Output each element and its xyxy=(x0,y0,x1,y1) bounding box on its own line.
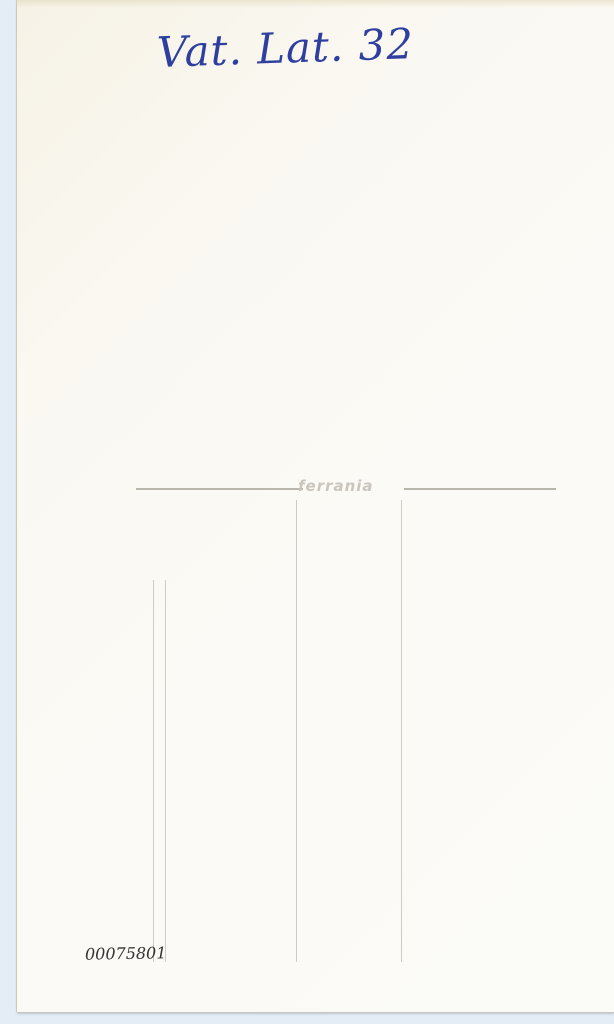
brand-imprint: ferrania xyxy=(298,477,374,495)
center-divider-line xyxy=(296,500,297,962)
stamp-box-line xyxy=(165,580,166,962)
paper-discoloration xyxy=(17,0,614,8)
handwritten-shelfmark: Vat. Lat. 32 xyxy=(156,19,415,77)
stamp-box-line xyxy=(153,580,154,962)
divider-line-right xyxy=(404,488,556,490)
center-divider-line xyxy=(401,500,402,962)
inventory-number: 00075801 xyxy=(85,943,167,963)
postcard-back: Vat. Lat. 32 ferrania 00075801 xyxy=(17,0,614,1012)
divider-line-left xyxy=(136,488,303,490)
